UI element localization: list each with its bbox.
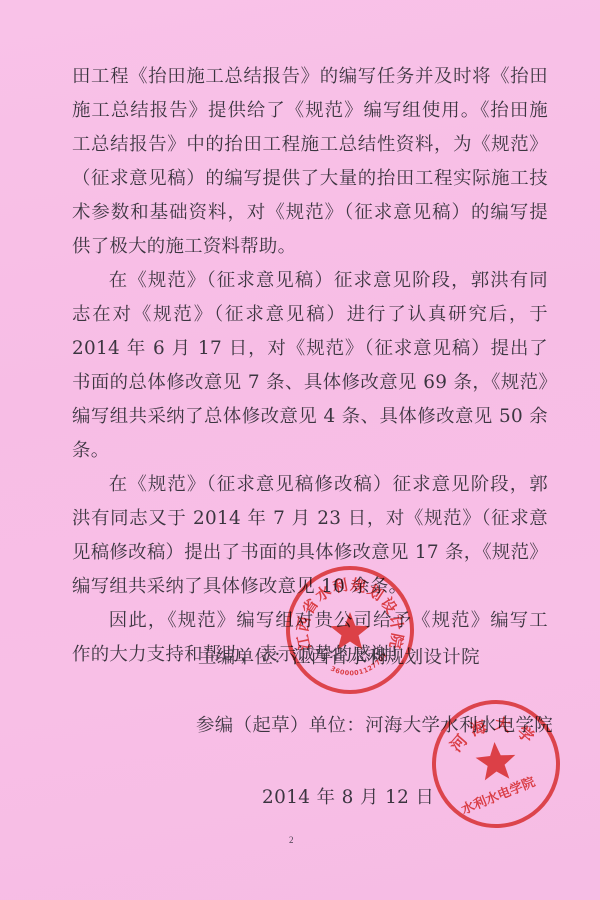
- page-number: 2: [289, 835, 294, 845]
- letter-body: 田工程《抬田施工总结报告》的编写任务并及时将《抬田施工总结报告》提供给了《规范》…: [72, 60, 548, 672]
- chief-editor-unit: 主编单位：江西省水利规划设计院: [198, 646, 480, 670]
- seal-bottom-text: 水利水电学院: [459, 774, 537, 818]
- document-page: 田工程《抬田施工总结报告》的编写任务并及时将《抬田施工总结报告》提供给了《规范》…: [0, 0, 600, 900]
- star-icon: [475, 741, 517, 781]
- signature-date: 2014 年 8 月 12 日: [262, 786, 434, 810]
- paragraph-2: 在《规范》（征求意见稿）征求意见阶段，郭洪有同志在对《规范》（征求意见稿）进行了…: [72, 264, 548, 468]
- paragraph-1: 田工程《抬田施工总结报告》的编写任务并及时将《抬田施工总结报告》提供给了《规范》…: [72, 60, 548, 264]
- paragraph-3: 在《规范》（征求意见稿修改稿）征求意见阶段，郭洪有同志又于 2014 年 7 月…: [72, 468, 548, 604]
- co-editor-unit: 参编（起草）单位：河海大学水利水电学院: [196, 714, 553, 738]
